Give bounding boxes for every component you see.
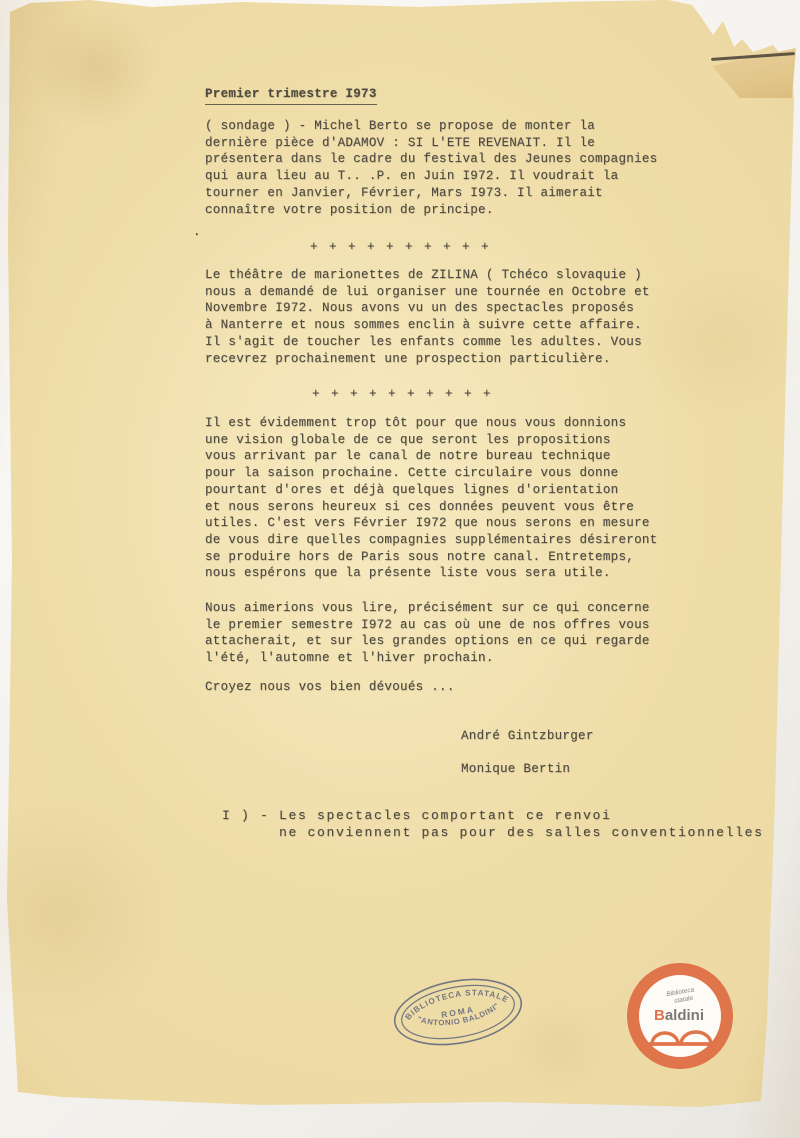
document-title: Premier trimestre I973 bbox=[205, 86, 377, 105]
paragraph-orientation: Il est évidemment trop tôt pour que nous… bbox=[205, 415, 657, 582]
signature-monique-bertin: Monique Bertin bbox=[461, 761, 570, 778]
paragraph-semestre: Nous aimerions vous lire, précisément su… bbox=[205, 600, 650, 667]
paragraph-sondage: ( sondage ) - Michel Berto se propose de… bbox=[205, 118, 657, 218]
paragraph-zilina: Le théâtre de marionettes de ZILINA ( Tc… bbox=[205, 267, 650, 367]
baldini-library-logo: Biblioteca statale Baldini bbox=[626, 962, 734, 1070]
signature-andre-gintzburger: André Gintzburger bbox=[461, 728, 594, 745]
closing-line: Croyez nous vos bien dévoués ... bbox=[205, 679, 455, 696]
footnote-renvoi: I ) - Les spectacles comportant ce renvo… bbox=[222, 808, 764, 841]
scanned-letter-page: { "document": { "title": "Premier trimes… bbox=[0, 0, 800, 1138]
logo-name: Baldini bbox=[654, 1007, 704, 1024]
plus-separator-2: + + + + + + + + + + bbox=[312, 386, 493, 403]
plus-separator-1: + + + + + + + + + + bbox=[310, 239, 491, 256]
stray-typed-dot: . bbox=[193, 224, 201, 241]
